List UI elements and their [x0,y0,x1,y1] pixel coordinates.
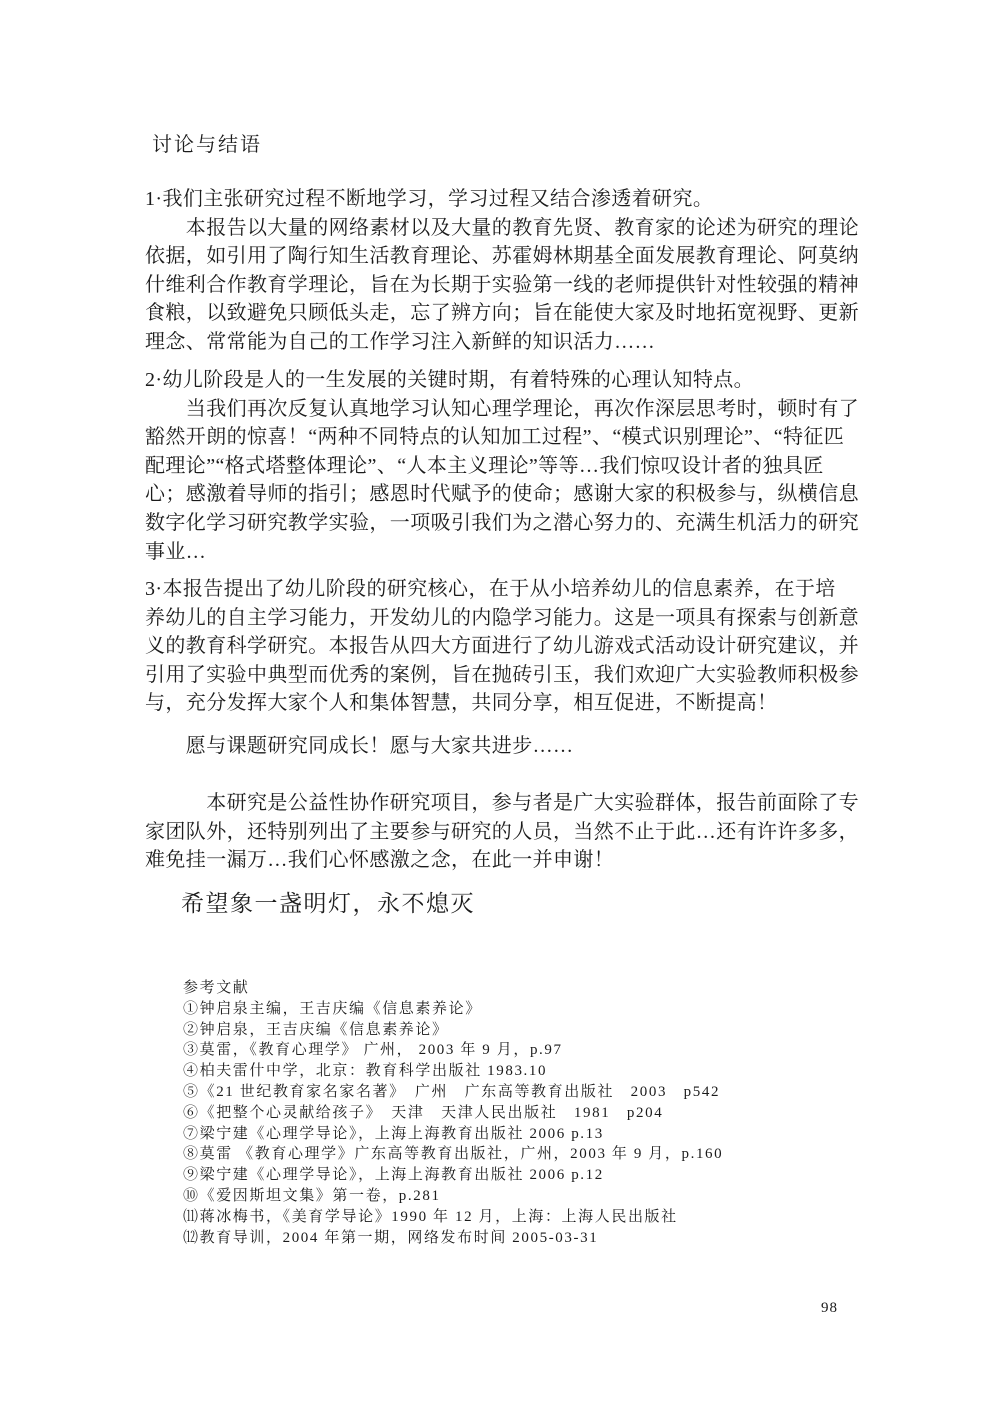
page-number: 98 [821,1300,838,1317]
references-section: 参考文献 ①钟启泉主编，王吉庆编《信息素养论》 ②钟启泉，王吉庆编《信息素养论》… [183,978,883,1248]
reference-item: ⑧莫雷 《教育心理学》广东高等教育出版社，广州，2003 年 9 月，p.160 [183,1144,883,1165]
point1-line: 理念、常常能为自己的工作学习注入新鲜的知识活力…… [145,328,865,357]
thanks-line: 难免挂一漏万…我们心怀感激之念，在此一并申谢！ [145,846,865,875]
reference-item: ②钟启泉，王吉庆编《信息素养论》 [183,1020,883,1041]
point1-line: 本报告以大量的网络素材以及大量的教育先贤、教育家的论述为研究的理论 [145,214,865,243]
point3-line: 与，充分发挥大家个人和集体智慧，共同分享，相互促进，不断提高！ [145,689,865,718]
point3-line: 引用了实验中典型而优秀的案例，旨在抛砖引玉，我们欢迎广大实验教师积极参 [145,661,865,690]
point1-line-heading: 1·我们主张研究过程不断地学习，学习过程又结合渗透着研究。 [145,185,865,214]
point1-line: 食粮，以致避免只顾低头走，忘了辨方向；旨在能使大家及时地拓宽视野、更新 [145,299,865,328]
reference-item: ⑥《把整个心灵献给孩子》 天津 天津人民出版社 1981 p204 [183,1103,883,1124]
reference-item: ⑩《爱因斯坦文集》第一卷，p.281 [183,1186,883,1207]
page-title: 讨论与结语 [152,128,262,157]
reference-item: ⑤《21 世纪教育家名家名著》 广州 广东高等教育出版社 2003 p542 [183,1082,883,1103]
document-page: 讨论与结语 1·我们主张研究过程不断地学习，学习过程又结合渗透着研究。 本报告以… [0,0,992,1403]
wish-text: 愿与课题研究同成长！愿与大家共进步…… [145,732,865,761]
point2-line: 当我们再次反复认真地学习认知心理学理论，再次作深层思考时，顿时有了 [145,395,865,424]
paragraph-point-2: 2·幼儿阶段是人的一生发展的关键时期，有着特殊的心理认知特点。 当我们再次反复认… [145,366,865,566]
motto-line: 希望象一盏明灯，永不熄灭 [181,885,475,918]
point3-line: 养幼儿的自主学习能力，开发幼儿的内隐学习能力。这是一项具有探索与创新意 [145,604,865,633]
reference-item: ①钟启泉主编，王吉庆编《信息素养论》 [183,999,883,1020]
reference-item: ⑨梁宁建《心理学导论》，上海上海教育出版社 2006 p.12 [183,1165,883,1186]
reference-item: ⑾蒋冰梅书，《美育学导论》1990 年 12 月，上海：上海人民出版社 [183,1207,883,1228]
thanks-line: 本研究是公益性协作研究项目，参与者是广大实验群体，报告前面除了专 [145,789,865,818]
point3-line-heading: 3·本报告提出了幼儿阶段的研究核心，在于从小培养幼儿的信息素养，在于培 [145,575,865,604]
point2-line: 数字化学习研究教学实验，一项吸引我们为之潜心努力的、充满生机活力的研究 [145,509,865,538]
point1-line: 依据，如引用了陶行知生活教育理论、苏霍姆林期基全面发展教育理论、阿莫纳 [145,242,865,271]
thanks-line: 家团队外，还特别列出了主要参与研究的人员，当然不止于此…还有许许多多， [145,818,865,847]
paragraph-point-1: 1·我们主张研究过程不断地学习，学习过程又结合渗透着研究。 本报告以大量的网络素… [145,185,865,357]
reference-item: ③莫雷，《教育心理学》 广州， 2003 年 9 月，p.97 [183,1040,883,1061]
point2-line-heading: 2·幼儿阶段是人的一生发展的关键时期，有着特殊的心理认知特点。 [145,366,865,395]
point2-line: 豁然开朗的惊喜！“两种不同特点的认知加工过程”、“模式识别理论”、“特征匹 [145,423,865,452]
references-heading: 参考文献 [183,978,883,999]
paragraph-point-3: 3·本报告提出了幼儿阶段的研究核心，在于从小培养幼儿的信息素养，在于培 养幼儿的… [145,575,865,718]
point1-line: 什维利合作教育学理论，旨在为长期于实验第一线的老师提供针对性较强的精神 [145,271,865,300]
point2-line: 心；感激着导师的指引；感恩时代赋予的使命；感谢大家的积极参与，纵横信息 [145,480,865,509]
point3-line: 义的教育科学研究。本报告从四大方面进行了幼儿游戏式活动设计研究建议，并 [145,632,865,661]
wish-line: 愿与课题研究同成长！愿与大家共进步…… [145,732,865,761]
reference-item: ⑿教育导训，2004 年第一期，网络发布时间 2005-03-31 [183,1228,883,1249]
point2-line: 配理论”“格式塔整体理论”、“人本主义理论”等等…我们惊叹设计者的独具匠 [145,452,865,481]
point2-line: 事业… [145,538,865,567]
reference-item: ④柏夫雷什中学，北京：教育科学出版社 1983.10 [183,1061,883,1082]
paragraph-thanks: 本研究是公益性协作研究项目，参与者是广大实验群体，报告前面除了专 家团队外，还特… [145,789,865,875]
reference-item: ⑦梁宁建《心理学导论》，上海上海教育出版社 2006 p.13 [183,1124,883,1145]
